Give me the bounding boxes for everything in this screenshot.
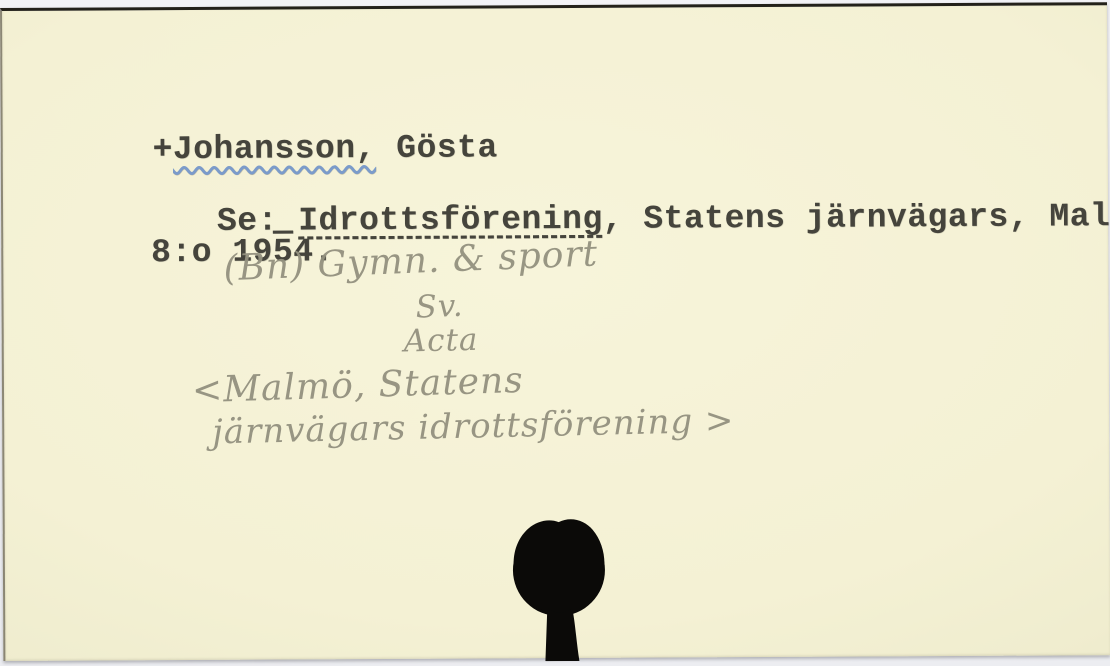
- pencil-note-sv: Sv.: [415, 288, 464, 326]
- author-name-underlined: Johansson,: [173, 130, 376, 168]
- pencil-note-crossref-line2: järnvägars idrottsförening >: [212, 401, 735, 453]
- pencil-note-acta: Acta: [403, 322, 479, 360]
- reference-rest: , Statens järnvägars, Malmö...: [603, 198, 1110, 238]
- catalog-card: +Johansson, Gösta Se: Idrottsförening, S…: [0, 2, 1110, 661]
- author-first-name: Gösta: [376, 129, 498, 167]
- reference-term-underlined: Idrottsförening: [298, 201, 603, 240]
- scan-backdrop: +Johansson, Gösta Se: Idrottsförening, S…: [0, 0, 1110, 666]
- heading-plus-sign: +: [152, 131, 173, 168]
- pencil-note-crossref-line1: <Malmö, Statens: [191, 360, 524, 411]
